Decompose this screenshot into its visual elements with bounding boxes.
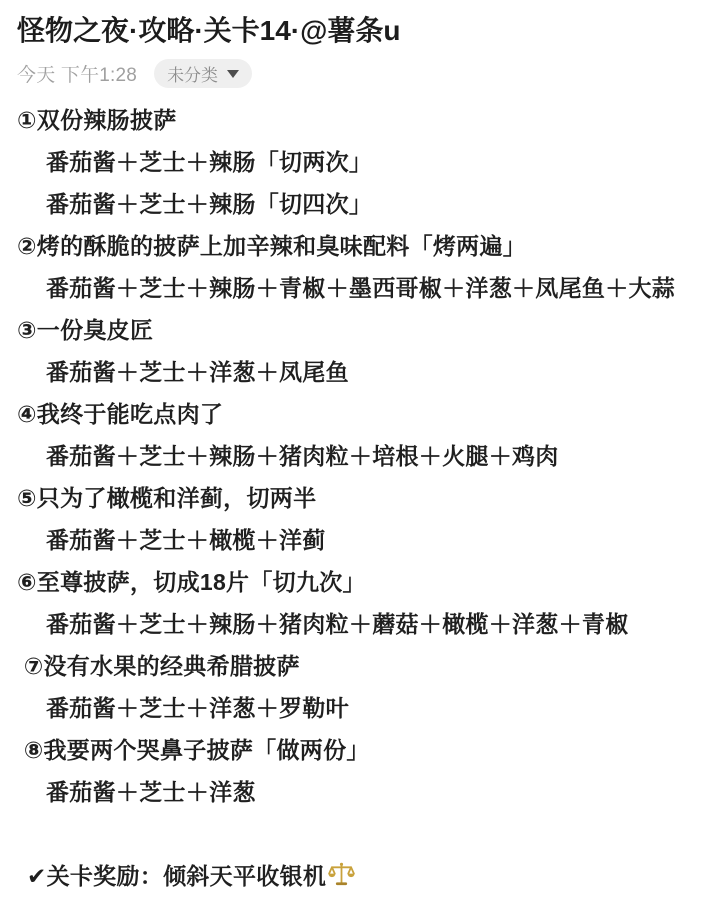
meta-row: 今天 下午1:28 未分类 (17, 59, 702, 88)
note-line: 番茄酱＋芝士＋洋葱＋凤尾鱼 (17, 351, 702, 393)
note-line: ①双份辣肠披萨 (17, 99, 702, 141)
category-label: 未分类 (167, 61, 218, 86)
note-line: 番茄酱＋芝士＋橄榄＋洋蓟 (17, 519, 702, 561)
blank-line (17, 813, 702, 855)
note-line: ③一份臭皮匠 (17, 309, 702, 351)
note-line: ⑤只为了橄榄和洋蓟，切两半 (17, 477, 702, 519)
note-line: ⑥至尊披萨，切成18片「切九次」 (17, 561, 702, 603)
note-line: 番茄酱＋芝士＋辣肠＋猪肉粒＋蘑菇＋橄榄＋洋葱＋青椒 (17, 603, 702, 645)
note-line: 番茄酱＋芝士＋辣肠＋青椒＋墨西哥椒＋洋葱＋凤尾鱼＋大蒜 (17, 267, 702, 309)
note-line: 番茄酱＋芝士＋辣肠「切两次」 (17, 141, 702, 183)
note-line: ④我终于能吃点肉了 (17, 393, 702, 435)
timestamp: 今天 下午1:28 (17, 60, 137, 87)
note-line: 番茄酱＋芝士＋洋葱＋罗勒叶 (17, 687, 702, 729)
note-page: 怪物之夜·攻略·关卡14·@薯条u 今天 下午1:28 未分类 ①双份辣肠披萨 … (0, 0, 720, 901)
note-line: 番茄酱＋芝士＋辣肠「切四次」 (17, 183, 702, 225)
reward-line: ✔关卡奖励：倾斜天平收银机 (17, 855, 702, 901)
note-line: 番茄酱＋芝士＋辣肠＋猪肉粒＋培根＋火腿＋鸡肉 (17, 435, 702, 477)
category-pill[interactable]: 未分类 (154, 59, 252, 88)
reward-text: ✔关卡奖励：倾斜天平收银机 (27, 863, 326, 889)
page-title: 怪物之夜·攻略·关卡14·@薯条u (17, 13, 702, 48)
chevron-down-icon (227, 70, 239, 78)
note-line: ②烤的酥脆的披萨上加辛辣和臭味配料「烤两遍」 (17, 225, 702, 267)
note-body: ①双份辣肠披萨 番茄酱＋芝士＋辣肠「切两次」 番茄酱＋芝士＋辣肠「切四次」 ②烤… (17, 99, 702, 901)
note-line: 番茄酱＋芝士＋洋葱 (17, 771, 702, 813)
note-line: ⑦没有水果的经典希腊披萨 (17, 645, 702, 687)
balance-scale-icon (328, 859, 355, 901)
note-line: ⑧我要两个哭鼻子披萨「做两份」 (17, 729, 702, 771)
